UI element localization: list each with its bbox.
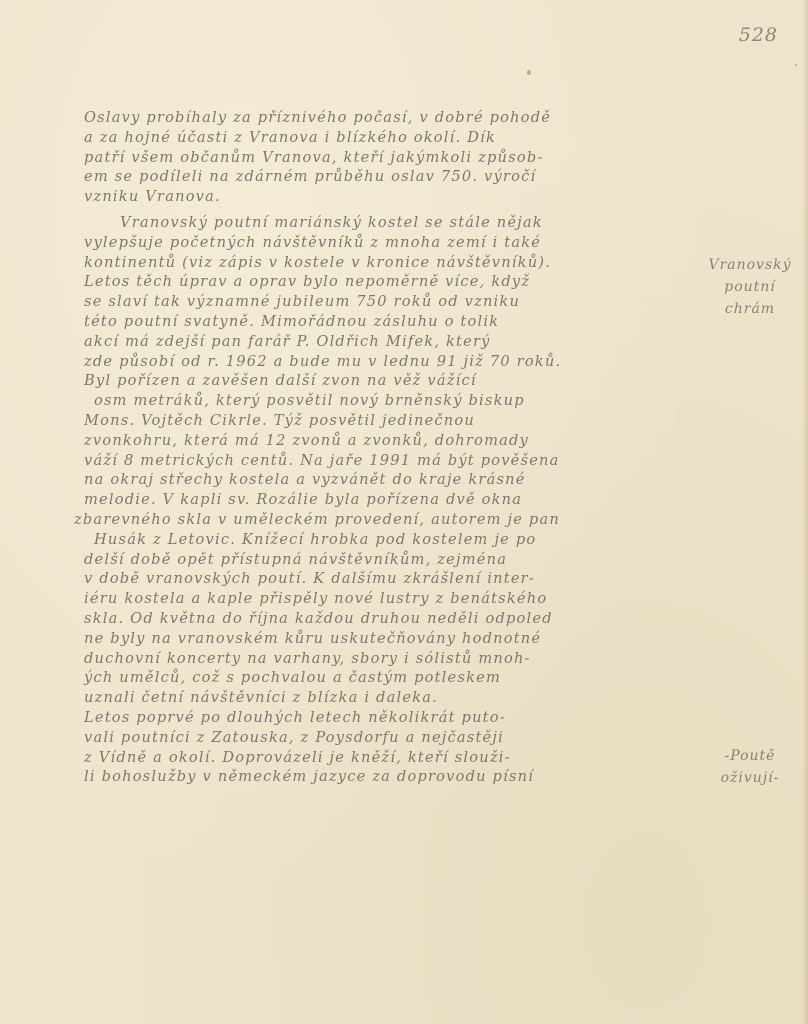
text-line: delší době opět přístupná návštěvníkům, … [84, 550, 714, 570]
text-line: melodie. V kapli sv. Rozálie byla poříze… [84, 490, 714, 510]
text-line: patří všem občanům Vranova, kteří jakýmk… [84, 148, 714, 168]
handwritten-body-text: Oslavy probíhaly za příznivého počasí, v… [84, 108, 714, 787]
chronicle-page: 528 Oslavy probíhaly za příznivého počas… [0, 0, 808, 1024]
text-line: iéru kostela a kaple přispěly nové lustr… [84, 589, 714, 609]
text-line: duchovní koncerty na varhany, sbory i só… [84, 649, 714, 669]
text-line: se slaví tak významné jubileum 750 roků … [84, 292, 714, 312]
text-line: a za hojné účasti z Vranova i blízkého o… [84, 128, 714, 148]
margin-note-line: -Poutě [700, 745, 800, 767]
text-line: zde působí od r. 1962 a bude mu v lednu … [84, 352, 714, 372]
text-line: váží 8 metrických centů. Na jaře 1991 má… [84, 451, 714, 471]
text-line: akcí má zdejší pan farář P. Oldřich Mife… [84, 332, 714, 352]
text-line: skla. Od května do října každou druhou n… [84, 609, 714, 629]
text-line: uznali četní návštěvníci z blízka i dale… [84, 688, 714, 708]
margin-note-vranovsky-chram: Vranovský poutní chrám [700, 254, 800, 320]
paper-speck [527, 70, 531, 75]
text-line: na okraj střechy kostela a vyzvánět do k… [84, 470, 714, 490]
text-line: v době vranovských poutí. K dalšímu zkrá… [84, 569, 714, 589]
text-line: Byl pořízen a zavěšen další zvon na věž … [84, 371, 714, 391]
text-line: vylepšuje početných návštěvníků z mnoha … [84, 233, 714, 253]
text-line: osm metráků, který posvětil nový brněnsk… [84, 391, 714, 411]
margin-note-line: oživují- [700, 767, 800, 789]
paper-speck [795, 64, 797, 66]
margin-note-line: chrám [700, 298, 800, 320]
text-line: vzniku Vranova. [84, 187, 714, 207]
text-line: zvonkohru, která má 12 zvonů a zvonků, d… [84, 431, 714, 451]
page-number: 528 [739, 24, 778, 46]
text-line: této poutní svatyně. Mimořádnou zásluhu … [84, 312, 714, 332]
text-line: Mons. Vojtěch Cikrle. Týž posvětil jedin… [84, 411, 714, 431]
text-line: Letos těch úprav a oprav bylo nepoměrně … [84, 272, 714, 292]
text-line: ne byly na vranovském kůru uskutečňovány… [84, 629, 714, 649]
margin-note-pouti-ozivuji: -Poutě oživují- [700, 745, 800, 789]
margin-note-line: Vranovský [700, 254, 800, 276]
text-line: kontinentů (viz zápis v kostele v kronic… [84, 253, 714, 273]
text-line: Letos poprvé po dlouhých letech několikr… [84, 708, 714, 728]
text-line: zbarevného skla v uměleckém provedení, a… [74, 510, 714, 530]
text-line: z Vídně a okolí. Doprovázeli je kněží, k… [84, 748, 714, 768]
text-line: vali poutníci z Zatouska, z Poysdorfu a … [84, 728, 714, 748]
text-line: Oslavy probíhaly za příznivého počasí, v… [84, 108, 714, 128]
text-line: Vranovský poutní mariánský kostel se stá… [84, 213, 714, 233]
text-line: em se podíleli na zdárném průběhu oslav … [84, 167, 714, 187]
text-line: ých umělců, což s pochvalou a častým pot… [84, 668, 714, 688]
margin-note-line: poutní [700, 276, 800, 298]
text-line: li bohoslužby v německém jazyce za dopro… [84, 767, 714, 787]
text-line: Husák z Letovic. Knížecí hrobka pod kost… [84, 530, 714, 550]
